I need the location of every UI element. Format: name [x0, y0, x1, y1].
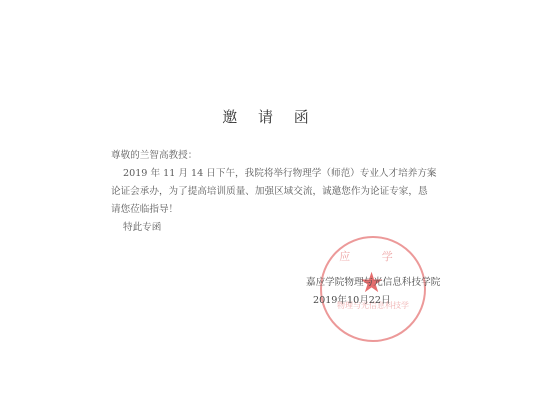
closing: 特此专函	[123, 219, 161, 237]
seal-top-text: 应 学	[322, 248, 424, 264]
letter-title: 邀 请 函	[0, 106, 539, 127]
body-line-3: 请您莅临指导！	[111, 201, 178, 219]
greeting: 尊敬的兰智高教授：	[111, 147, 197, 165]
body-line-1: 2019 年 11 月 14 日下午，我院将举行物理学（师范）专业人才培养方案	[123, 165, 437, 183]
signature-date: 2019年10月22日	[313, 292, 391, 306]
signature-organization: 嘉应学院物理与光信息科技学院	[306, 274, 440, 288]
body-line-2: 论证会承办，为了提高培训质量、加强区域交流，诚邀您作为论证专家，恳	[111, 183, 428, 201]
official-seal: 应 学 ★ 物理与光信息科技学	[320, 236, 426, 342]
